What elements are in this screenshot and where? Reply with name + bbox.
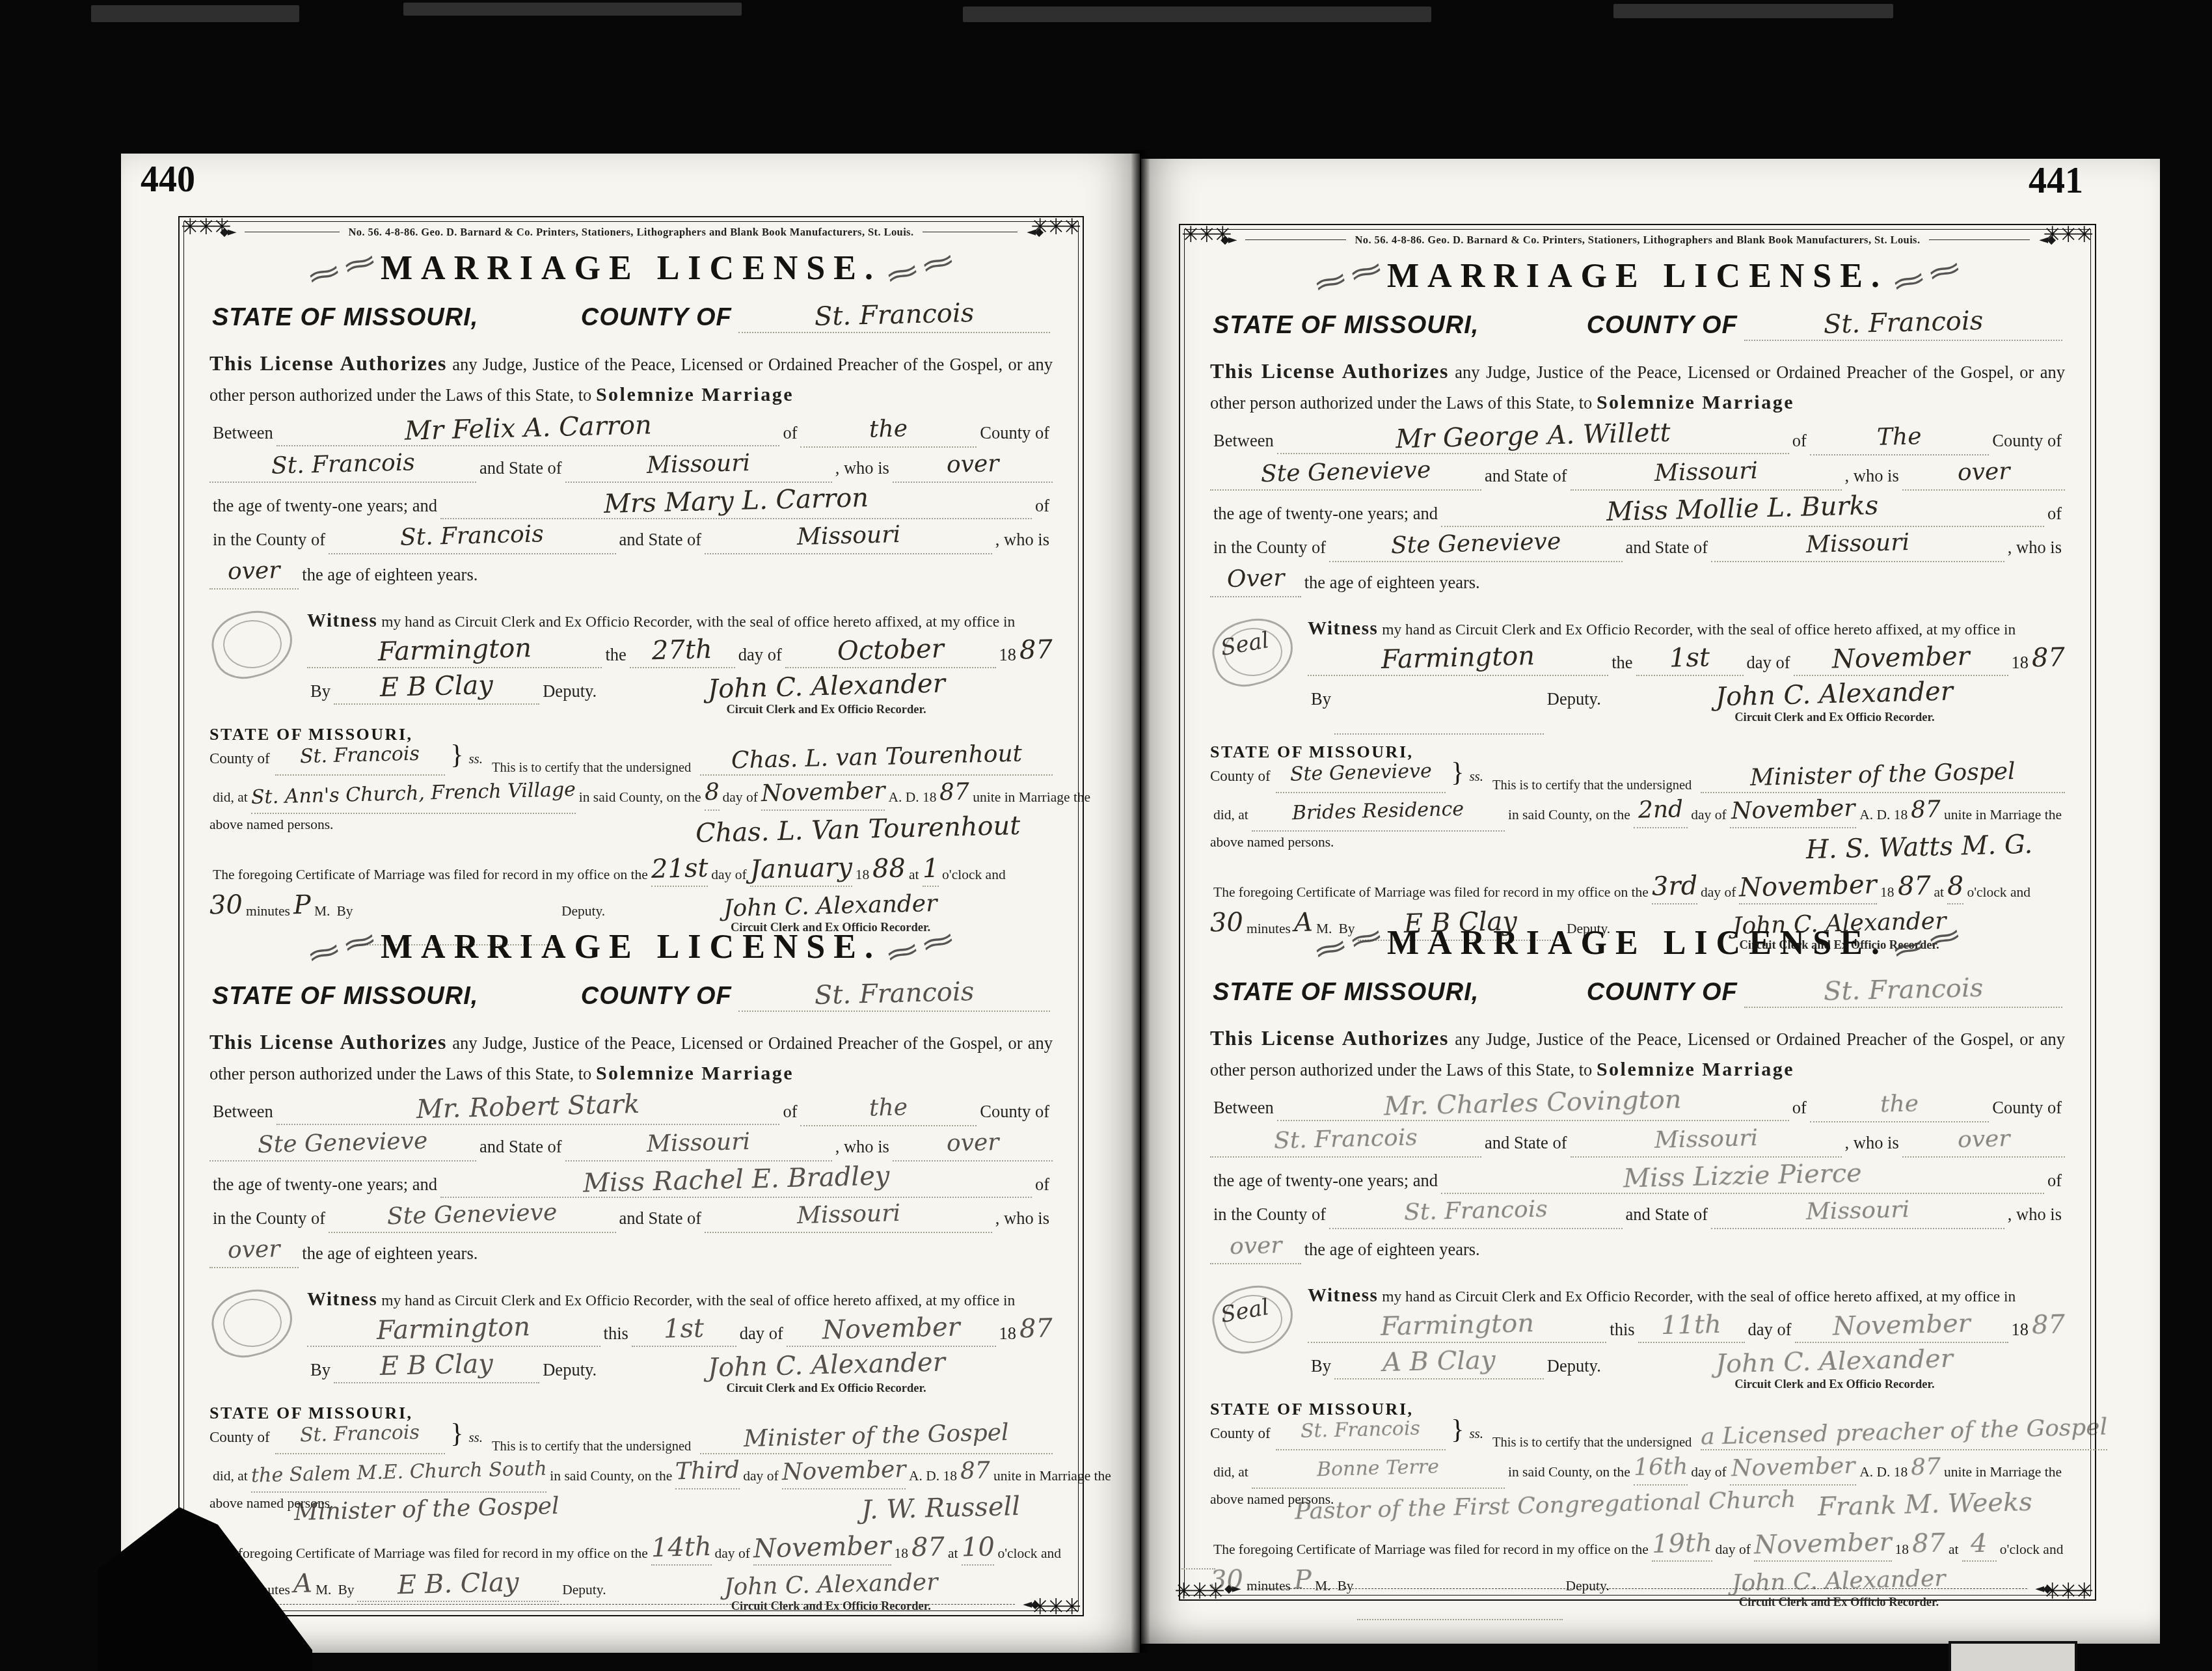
filed-month: November: [1753, 1527, 1892, 1560]
certify-text: This is to certify that the undersigned: [492, 1439, 691, 1454]
witness-date-line: Farmington this 1st day of November 18 8…: [307, 1316, 1053, 1347]
certificate-section: STATE OF MISSOURI, County of Ste Genevie…: [1210, 742, 2065, 793]
county-label: COUNTY OF: [581, 983, 732, 1011]
bride-over-age: over: [228, 557, 281, 585]
state-county-row: STATE OF MISSOURI, COUNTY OF St. Francoi…: [1210, 977, 2065, 1008]
witness-signature-line: By E B Clay Deputy. John C. Alexander Ci…: [307, 1352, 1053, 1396]
bride-name: Miss Rachel E. Bradley: [582, 1161, 889, 1199]
witness-day: 11th: [1661, 1309, 1722, 1340]
groom-county: Ste Genevieve: [1260, 457, 1431, 487]
filed-clerk-signature: John C. Alexander: [1732, 1565, 1946, 1597]
bride-line: the age of twenty-one years; and Miss Mo…: [1210, 496, 2065, 527]
film-artifact: [91, 5, 299, 22]
bride-age-line: over the age of eighteen years.: [209, 560, 1053, 590]
flourish-icon: ≈≈: [302, 923, 381, 972]
clerk-signature: John C. Alexander: [1716, 677, 1954, 713]
film-artifact: [1613, 4, 1893, 18]
bride-over-age: over: [1229, 1232, 1282, 1260]
marriage-license-form-2: ≈≈ MARRIAGE LICENSE. ≈≈ STATE OF MISSOUR…: [187, 917, 1075, 1596]
spacer: [1210, 597, 2065, 614]
groom-line: Between Mr. Robert Stark of the County o…: [209, 1094, 1053, 1126]
marriage-day: 8: [704, 779, 720, 806]
certify-text: This is to certify that the undersigned: [1492, 778, 1692, 793]
groom-state: Missouri: [647, 1128, 751, 1158]
witness-heading: Witness my hand as Circuit Clerk and Ex …: [1308, 618, 2065, 640]
officiant-name: a Licensed preacher of the Gospel: [1701, 1413, 2108, 1450]
witness-place: Farmington: [1381, 641, 1535, 675]
officiant-name: Chas. L. van Tourenhout: [731, 740, 1022, 774]
officiant-signature-left: Pastor of the First Congregational Churc…: [1295, 1486, 1796, 1525]
witness-year: 87: [2032, 1309, 2066, 1340]
register-page-right: 441 ✳✳✳ ✳✳✳ ✳✳✳ ✳✳✳ ◆► No. 56. 4-8-86. G…: [1141, 159, 2160, 1644]
spacer: [1210, 1264, 2065, 1281]
groom-county: St. Francois: [271, 449, 415, 479]
filed-day: 21st: [651, 853, 708, 884]
groom-name: Mr George A. Willett: [1395, 418, 1671, 454]
filed-meridiem: A: [293, 1569, 312, 1599]
bride-age-line: Over the age of eighteen years.: [1210, 567, 2065, 597]
marriage-month: November: [1731, 795, 1855, 825]
form-title-row: ≈≈ MARRIAGE LICENSE. ≈≈: [209, 928, 1053, 966]
officiant-signature-row: above named persons. Chas. L. Van Touren…: [209, 817, 1053, 850]
state-label: STATE OF MISSOURI,: [212, 983, 478, 1011]
witness-place: Farmington: [377, 1312, 531, 1346]
witness-signature-line: By E B Clay Deputy. John C. Alexander Ci…: [307, 673, 1053, 717]
bride-county-line: in the County of Ste Genevieve and State…: [209, 1203, 1053, 1233]
rule-line: [1245, 239, 1346, 240]
groom-county-line: Ste Genevieve and State of Missouri , wh…: [1210, 461, 2065, 491]
filed-day: 19th: [1651, 1528, 1712, 1559]
officiant-signature-row: above named persons. H. S. Watts M. G.: [1210, 834, 2065, 868]
authorization-text: This License Authorizes any Judge, Justi…: [209, 1026, 1053, 1089]
flourish-icon: ≈≈: [1887, 919, 1966, 968]
flourish-icon: ≈≈: [1308, 252, 1388, 301]
groom-state: Missouri: [1654, 457, 1758, 487]
groom-name: Mr Felix A. Carron: [404, 410, 652, 446]
clerk-signature-stack: John C. Alexander Circuit Clerk and Ex O…: [1604, 681, 2065, 725]
filed-record-line: 30 minutes P M. By Deputy. John C. Alexa…: [1210, 1567, 2065, 1620]
clerk-seal-icon: [206, 603, 300, 686]
county-handwritten: St. Francois: [1823, 306, 1983, 340]
printer-imprint-row: ◆► No. 56. 4-8-86. Geo. D. Barnard & Co.…: [1221, 233, 2055, 247]
certificate-venue-column: STATE OF MISSOURI, County of St. Francoi…: [1210, 1400, 1483, 1450]
marriage-year: 87: [1911, 1454, 1941, 1481]
bride-name: Mrs Mary L. Carron: [603, 483, 869, 519]
brace: }: [1451, 1419, 1464, 1441]
filed-line: The foregoing Certificate of Marriage wa…: [209, 1534, 1053, 1566]
bride-state: Missouri: [1806, 1196, 1910, 1225]
printer-imprint: No. 56. 4-8-86. Geo. D. Barnard & Co. Pr…: [349, 226, 914, 239]
witness-section: Witness my hand as Circuit Clerk and Ex …: [209, 1289, 1053, 1396]
bride-state: Missouri: [1806, 529, 1910, 558]
filed-line: The foregoing Certificate of Marriage wa…: [1210, 1530, 2065, 1562]
clerk-seal-icon: [206, 1282, 300, 1365]
groom-state: Missouri: [1654, 1124, 1758, 1154]
filed-hour: 4: [1971, 1528, 1988, 1559]
marriage-day: Third: [675, 1457, 740, 1485]
printer-imprint: No. 56. 4-8-86. Geo. D. Barnard & Co. Pr…: [1355, 234, 1921, 247]
form-title: MARRIAGE LICENSE.: [381, 928, 882, 966]
film-artifact: [403, 3, 742, 16]
witness-year: 87: [1019, 634, 1053, 665]
groom-over-age: over: [1957, 1125, 2010, 1153]
certificate-venue-column: STATE OF MISSOURI, County of Ste Genevie…: [1210, 742, 1483, 793]
clerk-caption: Circuit Clerk and Ex Officio Recorder.: [726, 1382, 926, 1396]
officiant-name: Minister of the Gospel: [744, 1419, 1009, 1452]
officiant-signature: Chas. L. Van Tourenhout: [695, 811, 1020, 849]
marriage-year: 87: [1911, 796, 1941, 824]
filed-month: November: [753, 1531, 891, 1564]
rule-line: [1929, 239, 2030, 240]
certificate-county-line: County of St. Francois } ss.: [209, 744, 483, 776]
filed-year: 87: [1912, 1528, 1946, 1558]
rule-line: [923, 232, 1018, 232]
filed-hour: 8: [1947, 871, 1964, 902]
witness-year: 87: [1019, 1313, 1053, 1344]
groom-state: Missouri: [647, 450, 751, 479]
bride-age-line: over the age of eighteen years.: [1210, 1234, 2065, 1264]
clerk-signature: John C. Alexander: [1716, 1344, 1954, 1379]
witness-month: October: [837, 634, 944, 666]
clerk-signature-stack: John C. Alexander Circuit Clerk and Ex O…: [600, 673, 1053, 717]
witness-section: Seal Witness my hand as Circuit Clerk an…: [1210, 1285, 2065, 1392]
witness-date-line: Farmington the 1st day of November 18 87: [1308, 645, 2065, 676]
filed-line: The foregoing Certificate of Marriage wa…: [209, 856, 1053, 887]
bride-county-line: in the County of St. Francois and State …: [209, 524, 1053, 554]
witness-section: Witness my hand as Circuit Clerk and Ex …: [209, 610, 1053, 717]
form-title: MARRIAGE LICENSE.: [381, 249, 882, 288]
clerk-signature: John C. Alexander: [707, 669, 945, 705]
county-handwritten: St. Francois: [814, 298, 974, 332]
license-sheet: ✳✳✳ ✳✳✳ ✳✳✳ ✳✳✳ ◆► No. 56. 4-8-86. Geo. …: [178, 216, 1084, 1616]
officiant-signature-row: above named persons. Minister of the Gos…: [209, 1495, 1053, 1529]
filed-minutes: 30: [209, 890, 243, 920]
officiant-signature-row: above named persons. Pastor of the First…: [1210, 1491, 2065, 1525]
filed-day: 3rd: [1651, 871, 1697, 902]
brace: }: [450, 1423, 463, 1445]
marriage-place: St. Ann's Church, French Village: [250, 778, 576, 809]
bride-county: St. Francois: [400, 521, 545, 550]
officiant-signature: H. S. Watts M. G.: [1805, 830, 2032, 865]
witness-month: November: [1832, 1309, 1971, 1342]
officiant-signature-left: Minister of the Gospel: [294, 1493, 560, 1526]
groom-residence: the: [869, 415, 908, 442]
witness-signature-line: By Deputy. John C. Alexander Circuit Cle…: [1308, 681, 2065, 735]
spacer: [209, 1268, 1053, 1285]
state-county-row: STATE OF MISSOURI, COUNTY OF St. Francoi…: [209, 981, 1053, 1012]
witness-date-line: Farmington the 27th day of October 18 87: [307, 637, 1053, 668]
marriage-date-line: did, at Bonne Terre in said County, on t…: [1210, 1456, 2065, 1489]
bride-over-age: Over: [1226, 565, 1284, 593]
groom-county: St. Francois: [1274, 1124, 1418, 1154]
certificate-state-label: STATE OF MISSOURI,: [209, 725, 483, 744]
bride-county: Ste Genevieve: [1390, 528, 1561, 559]
corner-ornament-icon: ✳✳✳: [1181, 226, 1215, 244]
groom-name: Mr. Robert Stark: [416, 1089, 640, 1124]
county-handwritten: St. Francois: [1823, 973, 1983, 1007]
form-title-row: ≈≈ MARRIAGE LICENSE. ≈≈: [209, 249, 1053, 288]
county-label: COUNTY OF: [1587, 312, 1738, 340]
witness-day: 1st: [1669, 642, 1710, 673]
deputy-signature: E B Clay: [380, 1349, 494, 1381]
form-title: MARRIAGE LICENSE.: [1387, 257, 1888, 295]
groom-residence: the: [869, 1094, 908, 1121]
county-label: COUNTY OF: [581, 304, 732, 332]
bride-line: the age of twenty-one years; and Miss Ra…: [209, 1167, 1053, 1198]
rule-line: [245, 232, 340, 232]
printer-imprint-row: ◆► No. 56. 4-8-86. Geo. D. Barnard & Co.…: [220, 225, 1042, 239]
marriage-license-form-4: ≈≈ MARRIAGE LICENSE. ≈≈ STATE OF MISSOUR…: [1188, 914, 2087, 1581]
witness-place: Farmington: [377, 633, 532, 667]
marriage-license-form-3: ≈≈ MARRIAGE LICENSE. ≈≈ STATE OF MISSOUR…: [1188, 247, 2087, 914]
witness-day: 1st: [664, 1313, 705, 1344]
bride-line: the age of twenty-one years; and Miss Li…: [1210, 1163, 2065, 1194]
groom-over-age: over: [946, 1129, 999, 1157]
witness-month: November: [1831, 642, 1970, 675]
certificate-county: St. Francois: [300, 742, 420, 768]
state-county-row: STATE OF MISSOURI, COUNTY OF St. Francoi…: [209, 302, 1053, 333]
witness-signature-line: By A B Clay Deputy. John C. Alexander Ci…: [1308, 1348, 2065, 1392]
county-handwritten: St. Francois: [814, 977, 974, 1011]
page-scan: { "colors":{"paper":"#f7f5ef","ink_print…: [0, 0, 2212, 1671]
county-label: COUNTY OF: [1587, 979, 1738, 1007]
brace: }: [1451, 762, 1464, 784]
groom-residence: the: [1880, 1090, 1919, 1117]
certificate-county: Ste Genevieve: [1289, 759, 1431, 785]
filed-year: 88: [872, 853, 906, 884]
groom-line: Between Mr. Charles Covington of the Cou…: [1210, 1090, 2065, 1122]
authorization-text: This License Authorizes any Judge, Justi…: [209, 347, 1053, 410]
clerk-caption: Circuit Clerk and Ex Officio Recorder.: [1734, 1378, 1934, 1392]
witness-heading: Witness my hand as Circuit Clerk and Ex …: [307, 610, 1053, 632]
marriage-place: the Salem M.E. Church South: [250, 1458, 546, 1488]
filed-line: The foregoing Certificate of Marriage wa…: [1210, 873, 2065, 904]
filed-year: 87: [911, 1532, 945, 1562]
page-number-right: 441: [2029, 160, 2083, 202]
officiant-signature: Frank M. Weeks: [1818, 1487, 2033, 1522]
corner-ornament-icon: ✳✳✳: [2060, 226, 2094, 244]
state-label: STATE OF MISSOURI,: [1213, 312, 1479, 340]
certificate-county: St. Francois: [1301, 1417, 1421, 1443]
filed-year: 87: [1897, 871, 1931, 901]
officiant-name: Minister of the Gospel: [1750, 758, 2016, 791]
certify-text: This is to certify that the undersigned: [492, 761, 691, 776]
license-sheet: ✳✳✳ ✳✳✳ ✳✳✳ ✳✳✳ ◆► No. 56. 4-8-86. Geo. …: [1179, 224, 2096, 1601]
bride-county-line: in the County of Ste Genevieve and State…: [1210, 532, 2065, 562]
certify-text: This is to certify that the undersigned: [1492, 1435, 1692, 1450]
filed-deputy-signature: E B. Clay: [398, 1568, 520, 1601]
certificate-county-line: County of St. Francois } ss.: [209, 1423, 483, 1454]
register-page-left: 440 ✳✳✳ ✳✳✳ ✳✳✳ ✳✳✳ ◆► No. 56. 4-8-86. G…: [121, 154, 1140, 1653]
deputy-signature: E B Clay: [380, 670, 494, 703]
bride-state: Missouri: [796, 521, 900, 550]
clerk-signature-stack: John C. Alexander Circuit Clerk and Ex O…: [1604, 1348, 2065, 1392]
marriage-place: Brides Residence: [1292, 798, 1464, 824]
witness-month: November: [822, 1312, 960, 1346]
filed-hour: 10: [961, 1532, 995, 1562]
flourish-icon: ≈≈: [1308, 919, 1388, 968]
groom-county: Ste Genevieve: [258, 1128, 428, 1158]
bride-county-line: in the County of St. Francois and State …: [1210, 1199, 2065, 1229]
marriage-month: November: [781, 1456, 906, 1486]
clerk-signature: John C. Alexander: [707, 1348, 945, 1383]
clerk-signature-stack: John C. Alexander Circuit Clerk and Ex O…: [600, 1352, 1053, 1396]
form-title-row: ≈≈ MARRIAGE LICENSE. ≈≈: [1210, 924, 2065, 962]
bride-name: Miss Lizzie Pierce: [1623, 1158, 1863, 1194]
bride-name: Miss Mollie L. Burks: [1606, 491, 1879, 527]
marriage-date-line: did, at Brides Residence in said County,…: [1210, 798, 2065, 832]
marriage-day: 16th: [1633, 1453, 1688, 1481]
filed-day: 14th: [651, 1532, 712, 1563]
bride-county: Ste Genevieve: [387, 1199, 558, 1230]
witness-heading: Witness my hand as Circuit Clerk and Ex …: [1308, 1285, 2065, 1307]
marriage-date-line: did, at St. Ann's Church, French Village…: [209, 781, 1053, 814]
groom-over-age: over: [1957, 458, 2010, 486]
flourish-icon: ≈≈: [1887, 252, 1966, 301]
marriage-date-line: did, at the Salem M.E. Church South in s…: [209, 1460, 1053, 1493]
filed-clerk-signature: John C. Alexander: [724, 1569, 938, 1601]
page-number-left: 440: [141, 159, 195, 200]
marriage-day: 2nd: [1638, 796, 1684, 824]
deputy-signature: A B Clay: [1382, 1345, 1496, 1378]
groom-county-line: St. Francois and State of Missouri , who…: [1210, 1128, 2065, 1158]
corner-ornament-icon: ✳✳✳: [181, 219, 215, 236]
state-label: STATE OF MISSOURI,: [1213, 979, 1479, 1007]
flourish-icon: ≈≈: [302, 244, 381, 293]
groom-name: Mr. Charles Covington: [1384, 1085, 1682, 1122]
certificate-section: STATE OF MISSOURI, County of St. Francoi…: [1210, 1400, 2065, 1450]
marriage-place: Bonne Terre: [1317, 1456, 1440, 1482]
ss-label: ss.: [468, 1430, 483, 1446]
brace: }: [450, 744, 463, 767]
filed-meridiem: P: [1293, 1565, 1312, 1596]
certificate-section: STATE OF MISSOURI, County of St. Francoi…: [209, 1404, 1053, 1454]
bride-county: St. Francois: [1403, 1195, 1548, 1225]
certificate-county: St. Francois: [300, 1421, 420, 1447]
bride-line: the age of twenty-one years; and Mrs Mar…: [209, 488, 1053, 519]
authorizes-lead: This License Authorizes: [209, 351, 447, 375]
ss-label: ss.: [1469, 768, 1483, 785]
filed-meridiem: P: [293, 890, 311, 921]
officiant-signature: J. W. Russell: [861, 1491, 1020, 1525]
authorization-text: This License Authorizes any Judge, Justi…: [1210, 355, 2065, 418]
certificate-section: STATE OF MISSOURI, County of St. Francoi…: [209, 725, 1053, 776]
witness-heading: Witness my hand as Circuit Clerk and Ex …: [307, 1289, 1053, 1311]
witness-date-line: Farmington this 11th day of November 18 …: [1308, 1312, 2065, 1343]
bride-age-line: over the age of eighteen years.: [209, 1238, 1053, 1268]
groom-county-line: St. Francois and State of Missouri , who…: [209, 453, 1053, 483]
scan-artifact-label: [1949, 1641, 2077, 1671]
clerk-caption: Circuit Clerk and Ex Officio Recorder.: [1734, 711, 1934, 725]
book-spine-gutter: [1131, 150, 1150, 1653]
certificate-venue-column: STATE OF MISSOURI, County of St. Francoi…: [209, 725, 483, 776]
ss-label: ss.: [468, 751, 483, 767]
marriage-month: November: [1731, 1452, 1855, 1482]
marriage-year: 87: [960, 1458, 991, 1485]
filed-hour: 1: [922, 854, 939, 884]
clerk-caption: Circuit Clerk and Ex Officio Recorder.: [726, 703, 926, 717]
witness-place: Farmington: [1380, 1308, 1534, 1342]
clerk-signature-stack: John C. Alexander Circuit Clerk and Ex O…: [610, 1573, 1053, 1614]
groom-residence: The: [1877, 423, 1922, 451]
witness-day: 27th: [652, 634, 713, 666]
groom-over-age: over: [946, 450, 999, 478]
authorization-text: This License Authorizes any Judge, Justi…: [1210, 1022, 2065, 1085]
witness-year: 87: [2032, 642, 2066, 673]
groom-line: Between Mr Felix A. Carron of the County…: [209, 415, 1053, 448]
spacer: [209, 590, 1053, 606]
state-county-row: STATE OF MISSOURI, COUNTY OF St. Francoi…: [1210, 310, 2065, 341]
bride-state: Missouri: [796, 1200, 900, 1229]
state-label: STATE OF MISSOURI,: [212, 304, 478, 332]
witness-section: Seal Witness my hand as Circuit Clerk an…: [1210, 618, 2065, 735]
ss-label: ss.: [1469, 1426, 1483, 1442]
certificate-county-line: County of St. Francois } ss.: [1210, 1419, 1483, 1450]
groom-county-line: Ste Genevieve and State of Missouri , wh…: [209, 1132, 1053, 1162]
filed-minutes: 30: [1209, 1564, 1243, 1595]
groom-line: Between Mr George A. Willett of The Coun…: [1210, 423, 2065, 455]
solemnize-label: Solemnize Marriage: [596, 384, 794, 405]
film-artifact: [963, 7, 1431, 22]
filed-month: January: [749, 852, 852, 885]
marriage-license-form-1: ≈≈ MARRIAGE LICENSE. ≈≈ STATE OF MISSOUR…: [187, 239, 1075, 917]
filed-month: November: [1739, 870, 1878, 903]
filed-record-line: 45 minutes A M. By E B. Clay Deputy. Joh…: [209, 1571, 1053, 1614]
flourish-icon: ≈≈: [880, 244, 960, 293]
clerk-signature-stack: John C. Alexander Circuit Clerk and Ex O…: [1613, 1569, 2065, 1610]
certificate-venue-column: STATE OF MISSOURI, County of St. Francoi…: [209, 1404, 483, 1454]
marriage-month: November: [761, 778, 885, 808]
flourish-icon: ≈≈: [880, 923, 960, 972]
marriage-year: 87: [939, 779, 970, 806]
corner-ornament-icon: ✳✳✳: [1047, 219, 1081, 236]
form-title: MARRIAGE LICENSE.: [1387, 924, 1888, 962]
form-title-row: ≈≈ MARRIAGE LICENSE. ≈≈: [1210, 257, 2065, 295]
bride-over-age: over: [228, 1236, 281, 1264]
certificate-county-line: County of Ste Genevieve } ss.: [1210, 762, 1483, 793]
